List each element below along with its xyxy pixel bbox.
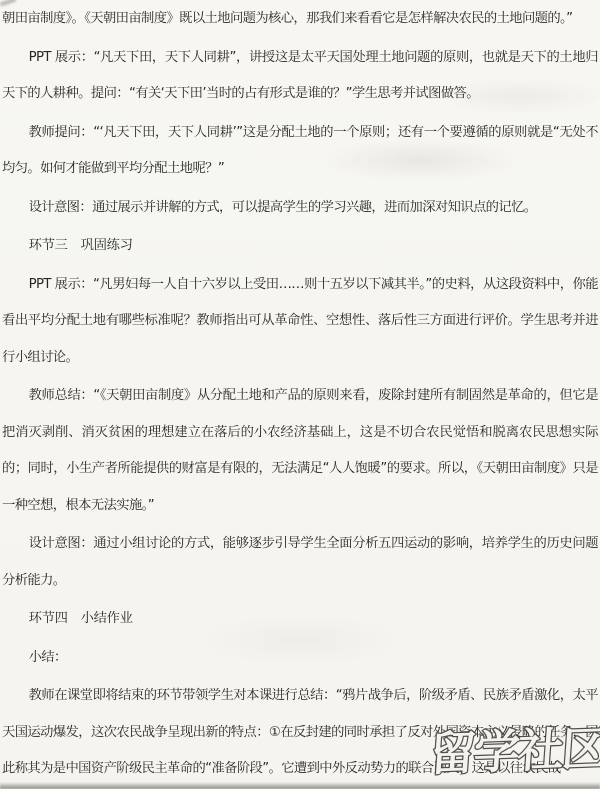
document-page: 朝田亩制度》。《天朝田亩制度》既以土地问题为核心，那我们来看看它是怎样解决农民的…	[0, 0, 600, 789]
paragraph-continuation-line: 朝田亩制度》。《天朝田亩制度》既以土地问题为核心，那我们来看看它是怎样解决农民的…	[2, 1, 598, 38]
paragraph-design-intent-1: 设计意图：通过展示并讲解的方式，可以提高学生的学习兴趣，进而加深对知识点的记忆。	[2, 190, 598, 227]
paragraph-xiaojie-label: 小结：	[2, 640, 598, 677]
paragraph-design-intent-2: 设计意图：通过小组讨论的方式，能够逐步引导学生全面分析五四运动的影响，培养学生的…	[2, 526, 598, 599]
scan-bottom-edge	[0, 782, 600, 789]
paragraph-section-4-heading: 环节四 小结作业	[2, 601, 598, 638]
paragraph-ppt-display-2: PPT 展示：“凡男妇每一人自十六岁以上受田……则十五岁以下减其半。”的史料，从…	[2, 267, 598, 377]
paragraph-teacher-question: 教师提问：“‘凡天下田，天下人同耕’”这是分配土地的一个原则；还有一个要遵循的原…	[2, 115, 598, 188]
paragraph-teacher-summary: 教师总结：“《天朝田亩制度》从分配土地和产品的原则来看，废除封建所有制固然是革命…	[2, 378, 598, 524]
scanned-document: { "page": { "background_color": "#f6f5f1…	[0, 0, 600, 789]
paragraph-ppt-display-1: PPT 展示：“凡天下田，天下人同耕”，讲授这是太平天国处理土地问题的原则，也就…	[2, 40, 598, 113]
paragraph-section-3-heading: 环节三 巩固练习	[2, 228, 598, 265]
site-watermark: 留学社区	[428, 712, 600, 784]
